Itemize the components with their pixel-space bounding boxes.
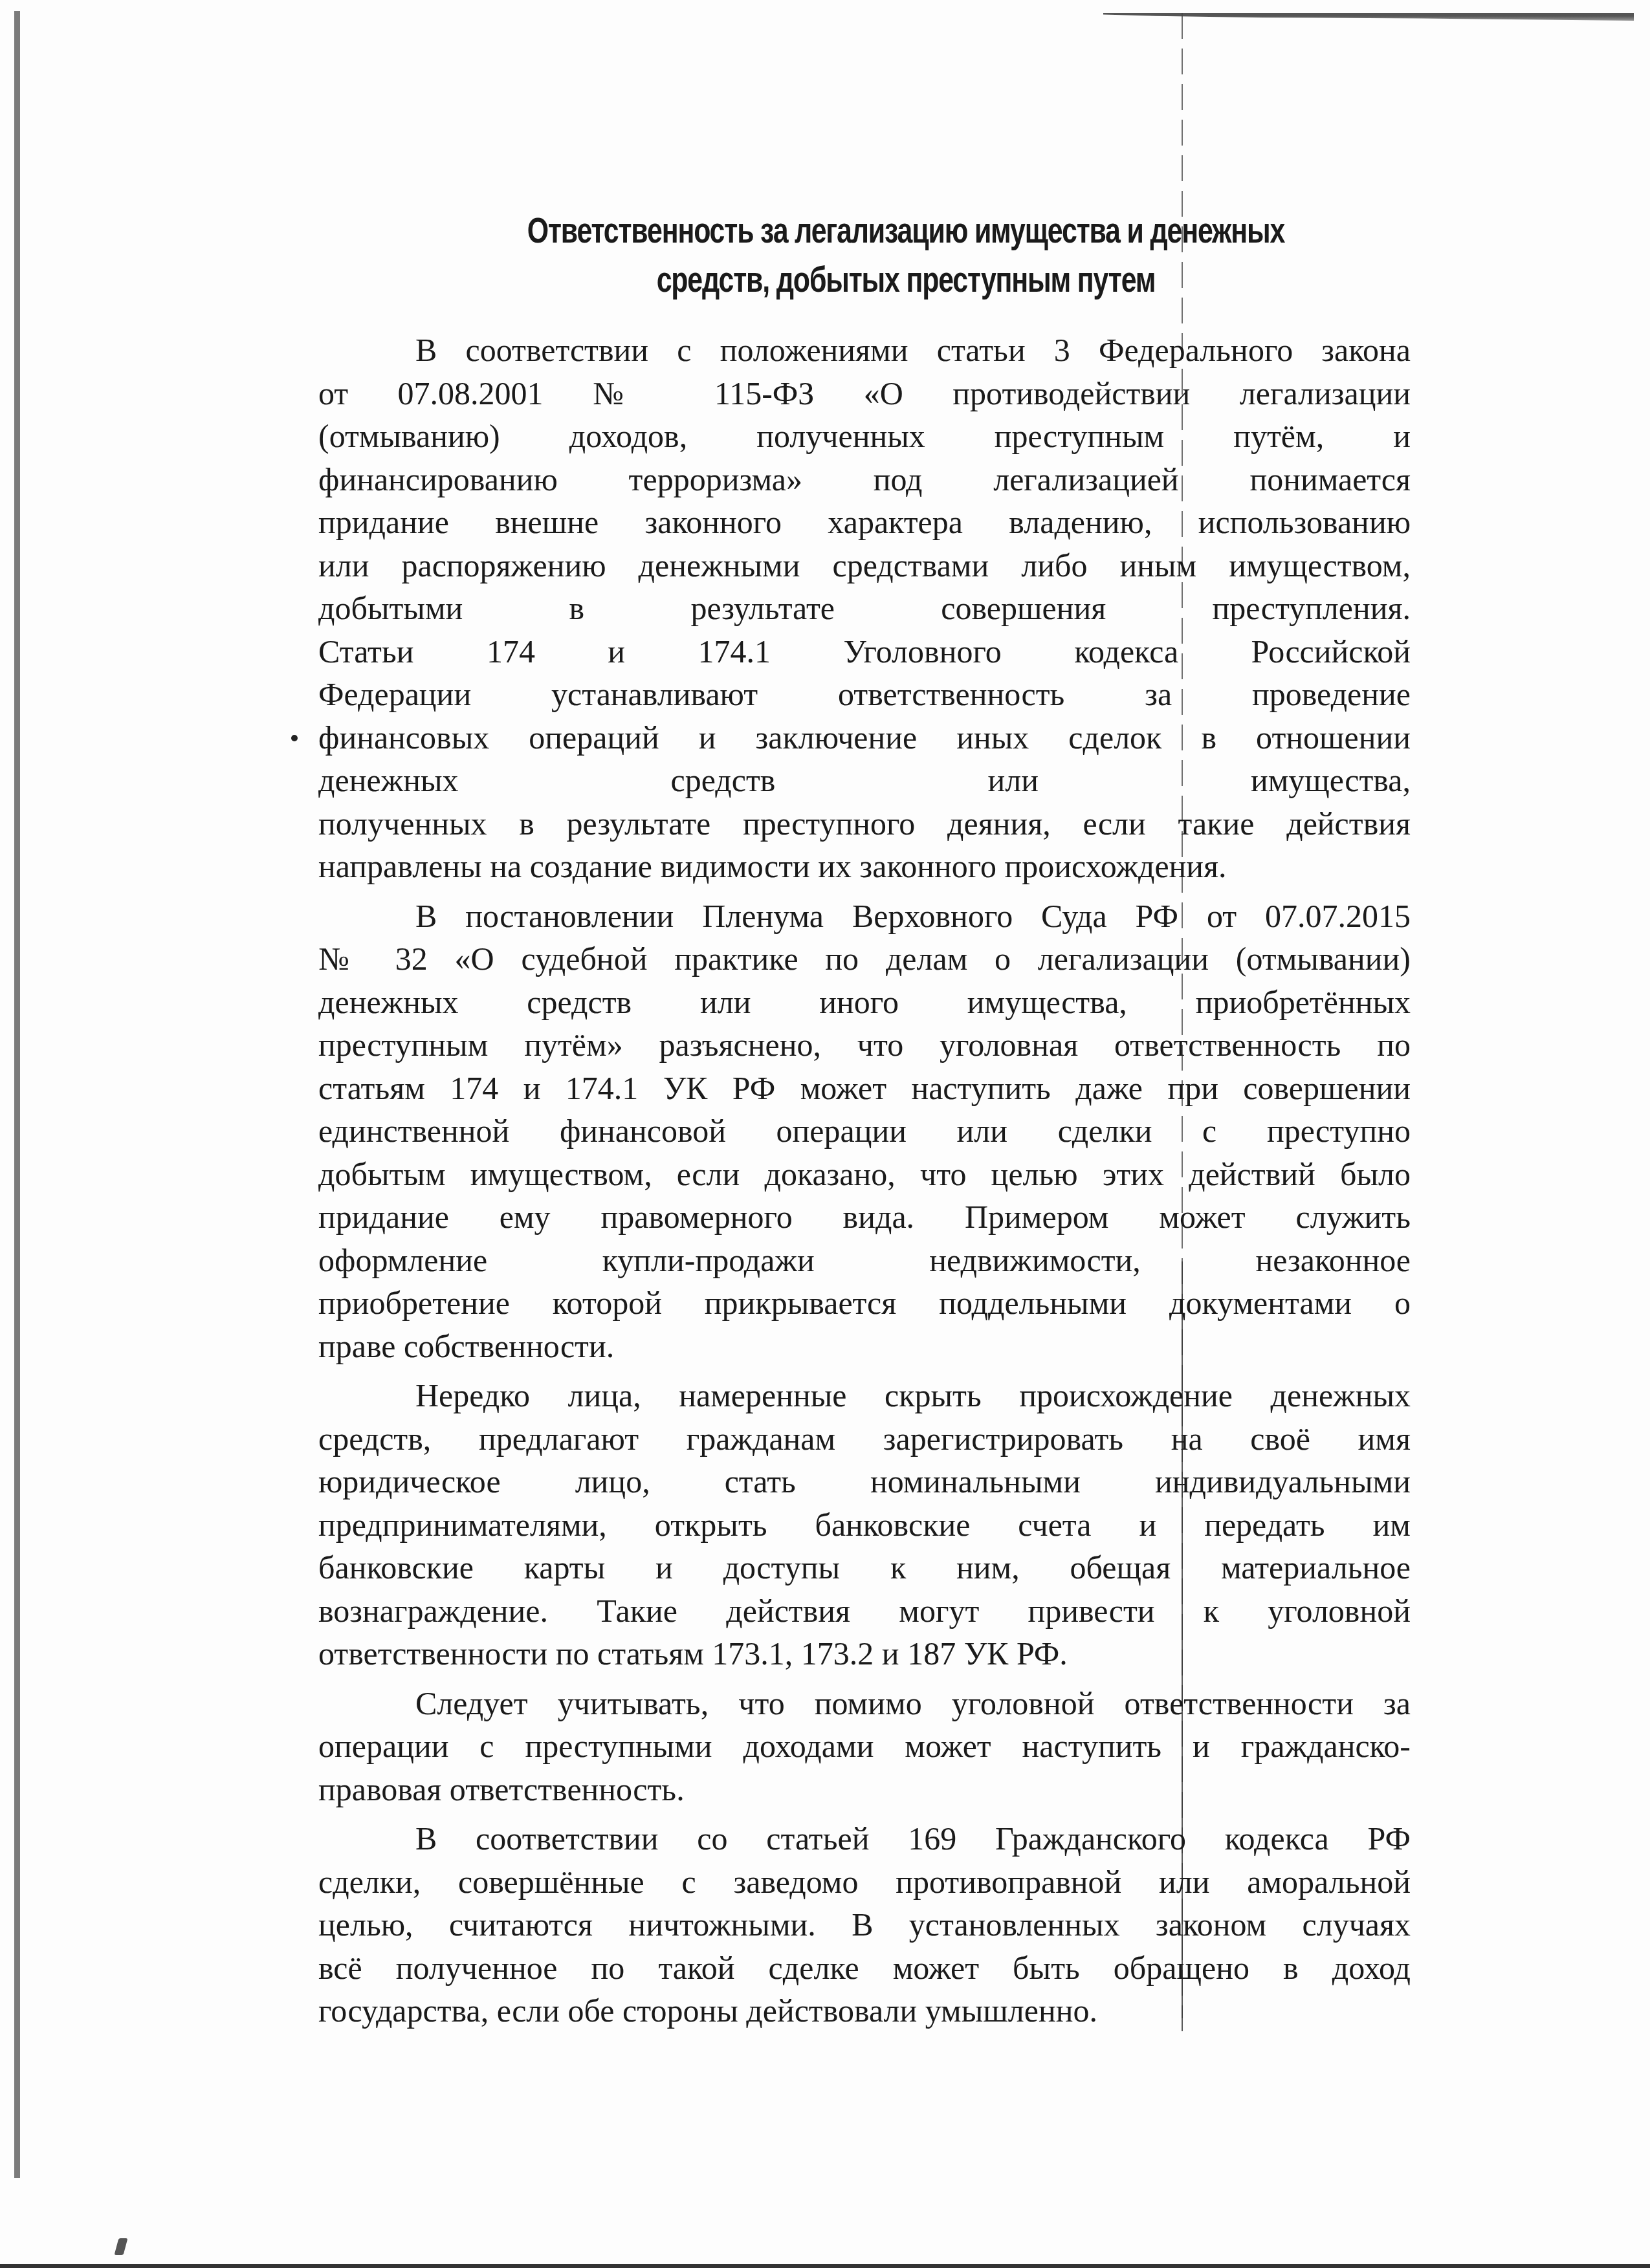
document-body: В соответствии с положениями статьи 3 Фе… bbox=[318, 329, 1411, 2039]
text-line: денежных средств или иного имущества, пр… bbox=[318, 981, 1411, 1024]
text-line: преступным путём» разъяснено, что уголов… bbox=[318, 1023, 1411, 1067]
text-line: финансовых операций и заключение иных сд… bbox=[318, 716, 1411, 759]
scan-left-border bbox=[14, 11, 20, 2178]
text-line: № 32 «О судебной практике по делам о лег… bbox=[318, 937, 1411, 981]
title-line: Ответственность за легализацию имущества… bbox=[522, 206, 1290, 255]
text-line: придание ему правомерного вида. Примером… bbox=[318, 1195, 1411, 1239]
text-line: добытым имуществом, если доказано, что ц… bbox=[318, 1153, 1411, 1196]
text-line: статьям 174 и 174.1 УК РФ может наступит… bbox=[318, 1067, 1411, 1110]
document-title: Ответственность за легализацию имущества… bbox=[522, 206, 1290, 304]
text-line: средств, предлагают гражданам зарегистри… bbox=[318, 1417, 1411, 1461]
text-line: направлены на создание видимости их зако… bbox=[318, 845, 1411, 888]
text-line: банковские карты и доступы к ним, обещая… bbox=[318, 1546, 1411, 1589]
text-line: вознаграждение. Такие действия могут при… bbox=[318, 1589, 1411, 1633]
text-line: добытыми в результате совершения преступ… bbox=[318, 587, 1411, 630]
text-line: целью, считаются ничтожными. В установле… bbox=[318, 1903, 1411, 1946]
scanned-page: Ответственность за легализацию имущества… bbox=[0, 0, 1650, 2268]
text-line: сделки, совершённые с заведомо противопр… bbox=[318, 1860, 1411, 1904]
paragraph-legalization-definition: В соответствии с положениями статьи 3 Фе… bbox=[318, 329, 1411, 888]
text-line: оформление купли-продажи недвижимости, н… bbox=[318, 1239, 1411, 1282]
text-line: юридическое лицо, стать номинальными инд… bbox=[318, 1460, 1411, 1503]
paragraph-civil-liability: Следует учитывать, что помимо уголовной … bbox=[318, 1682, 1411, 1811]
text-line: ответственности по статьям 173.1, 173.2 … bbox=[318, 1632, 1411, 1675]
text-line: В постановлении Пленума Верховного Суда … bbox=[318, 895, 1411, 938]
text-line: финансированию терроризма» под легализац… bbox=[318, 458, 1411, 501]
text-line: праве собственности. bbox=[318, 1325, 1411, 1368]
text-line: от 07.08.2001 № 115-ФЗ «О противодействи… bbox=[318, 372, 1411, 415]
text-line: государства, если обе стороны действовал… bbox=[318, 1989, 1411, 2033]
paragraph-supreme-court-ruling: В постановлении Пленума Верховного Суда … bbox=[318, 895, 1411, 1368]
text-line: денежных средств или имущества, bbox=[318, 759, 1411, 802]
text-line: единственной финансовой операции или сде… bbox=[318, 1109, 1411, 1153]
scan-top-artifact bbox=[1103, 13, 1634, 21]
text-line: Следует учитывать, что помимо уголовной … bbox=[318, 1682, 1411, 1725]
text-line: придание внешне законного характера влад… bbox=[318, 501, 1411, 544]
text-line: операции с преступными доходами может на… bbox=[318, 1725, 1411, 1768]
text-line: правовая ответственность. bbox=[318, 1768, 1411, 1811]
text-line: Статьи 174 и 174.1 Уголовного кодекса Ро… bbox=[318, 630, 1411, 673]
text-line: Нередко лица, намеренные скрыть происхож… bbox=[318, 1374, 1411, 1417]
text-line: полученных в результате преступного деян… bbox=[318, 802, 1411, 845]
title-line: средств, добытых преступным путем bbox=[522, 255, 1290, 304]
text-line: приобретение которой прикрывается поддел… bbox=[318, 1281, 1411, 1325]
text-line: или распоряжению денежными средствами ли… bbox=[318, 544, 1411, 587]
text-line: В соответствии с положениями статьи 3 Фе… bbox=[318, 329, 1411, 372]
text-line: В соответствии со статьей 169 Гражданско… bbox=[318, 1817, 1411, 1860]
text-line: (отмыванию) доходов, полученных преступн… bbox=[318, 415, 1411, 458]
paragraph-civil-code-169: В соответствии со статьей 169 Гражданско… bbox=[318, 1817, 1411, 2033]
scan-bottom-edge bbox=[0, 2264, 1650, 2268]
text-line: всё полученное по такой сделке может быт… bbox=[318, 1946, 1411, 1990]
text-line: предпринимателями, открыть банковские сч… bbox=[318, 1503, 1411, 1547]
text-line: Федерации устанавливают ответственность … bbox=[318, 673, 1411, 716]
scan-corner-mark bbox=[115, 2238, 128, 2255]
scan-speck bbox=[291, 735, 298, 741]
paragraph-nominee-schemes: Нередко лица, намеренные скрыть происхож… bbox=[318, 1374, 1411, 1675]
